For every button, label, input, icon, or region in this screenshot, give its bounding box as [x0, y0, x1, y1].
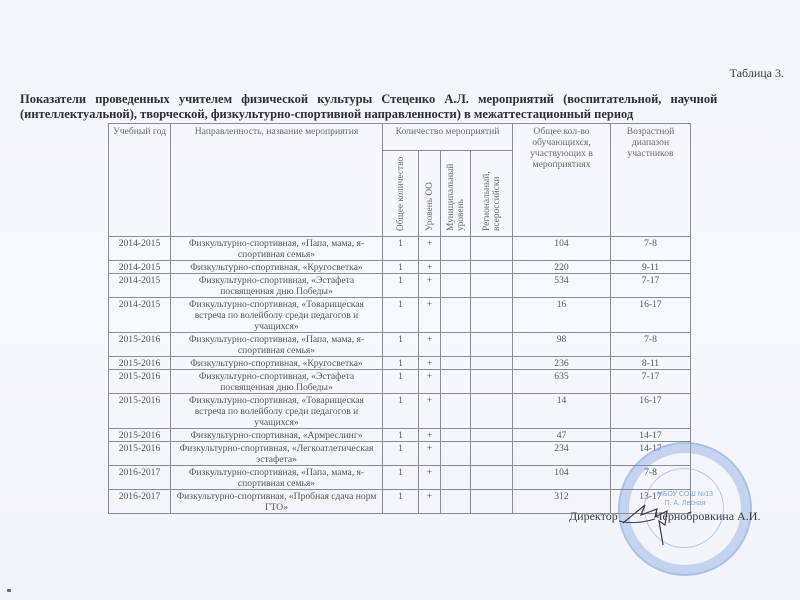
cell-year: 2015-2016	[109, 333, 171, 357]
cell-school: +	[419, 274, 441, 298]
cell-total: 1	[383, 261, 419, 274]
cell-year: 2014-2015	[109, 298, 171, 333]
table-row: 2014-2015Физкультурно-спортивная, «Папа,…	[109, 237, 691, 261]
cell-year: 2014-2015	[109, 261, 171, 274]
cell-school: +	[419, 490, 441, 514]
cell-students: 16	[513, 298, 611, 333]
cell-total: 1	[383, 298, 419, 333]
header-total: Общее количество	[383, 151, 419, 237]
cell-age: 7-8	[611, 333, 691, 357]
cell-school: +	[419, 442, 441, 466]
header-events-count: Количество мероприятий	[383, 124, 513, 151]
cell-direction: Физкультурно-спортивная, «Эстафета посвя…	[171, 370, 383, 394]
cell-regional	[471, 274, 513, 298]
cell-direction: Физкультурно-спортивная, «Папа, мама, я-…	[171, 466, 383, 490]
cell-students: 220	[513, 261, 611, 274]
table-row: 2014-2015Физкультурно-спортивная, «Круго…	[109, 261, 691, 274]
heading-line-1: Показатели проведенных учителем физическ…	[20, 92, 785, 107]
table-row: 2015-2016Физкультурно-спортивная, «Папа,…	[109, 333, 691, 357]
cell-students: 47	[513, 429, 611, 442]
cell-total: 1	[383, 333, 419, 357]
document-heading: Показатели проведенных учителем физическ…	[20, 92, 785, 122]
cell-direction: Физкультурно-спортивная, «Легкоатлетичес…	[171, 442, 383, 466]
header-students: Общее кол-во обучающихся, участвующих в …	[513, 124, 611, 237]
cell-school: +	[419, 357, 441, 370]
cell-age: 7-17	[611, 274, 691, 298]
cell-municipal	[441, 442, 471, 466]
cell-total: 1	[383, 429, 419, 442]
cell-age: 14-17	[611, 442, 691, 466]
cell-regional	[471, 429, 513, 442]
cell-direction: Физкультурно-спортивная, «Папа, мама, я-…	[171, 237, 383, 261]
cell-year: 2016-2017	[109, 466, 171, 490]
header-municipal-level: Муниципальный уровень	[441, 151, 471, 237]
cell-direction: Физкультурно-спортивная, «Армреслинг»	[171, 429, 383, 442]
cell-age: 16-17	[611, 394, 691, 429]
cell-total: 1	[383, 466, 419, 490]
cell-regional	[471, 261, 513, 274]
table-caption: Таблица 3.	[730, 66, 784, 81]
cell-total: 1	[383, 357, 419, 370]
cell-municipal	[441, 298, 471, 333]
header-age: Возрастной диапазон участников	[611, 124, 691, 237]
events-table: Учебный год Направленность, название мер…	[108, 123, 691, 514]
table-row: 2014-2015Физкультурно-спортивная, «Эстаф…	[109, 274, 691, 298]
cell-age: 7-17	[611, 370, 691, 394]
cell-school: +	[419, 394, 441, 429]
cell-municipal	[441, 370, 471, 394]
cell-year: 2016-2017	[109, 490, 171, 514]
cell-students: 234	[513, 442, 611, 466]
cell-students: 14	[513, 394, 611, 429]
cell-year: 2015-2016	[109, 429, 171, 442]
cell-year: 2015-2016	[109, 370, 171, 394]
cell-municipal	[441, 274, 471, 298]
scan-mark	[7, 589, 11, 592]
cell-municipal	[441, 490, 471, 514]
cell-school: +	[419, 237, 441, 261]
table-row: 2016-2017Физкультурно-спортивная, «Папа,…	[109, 466, 691, 490]
cell-age: 7-8	[611, 237, 691, 261]
cell-students: 534	[513, 274, 611, 298]
cell-school: +	[419, 466, 441, 490]
header-direction: Направленность, название мероприятия	[171, 124, 383, 237]
header-regional-level: Региональный, всероссийски	[471, 151, 513, 237]
cell-regional	[471, 466, 513, 490]
cell-age: 14-17	[611, 429, 691, 442]
cell-regional	[471, 333, 513, 357]
cell-students: 104	[513, 466, 611, 490]
cell-regional	[471, 490, 513, 514]
cell-direction: Физкультурно-спортивная, «Пробная сдача …	[171, 490, 383, 514]
cell-municipal	[441, 333, 471, 357]
table-row: 2015-2016Физкультурно-спортивная, «Армре…	[109, 429, 691, 442]
cell-age: 8-11	[611, 357, 691, 370]
cell-school: +	[419, 370, 441, 394]
cell-age: 7-8	[611, 466, 691, 490]
cell-direction: Физкультурно-спортивная, «Эстафета посвя…	[171, 274, 383, 298]
cell-municipal	[441, 237, 471, 261]
table-row: 2014-2015Физкультурно-спортивная, «Товар…	[109, 298, 691, 333]
cell-students: 104	[513, 237, 611, 261]
cell-regional	[471, 394, 513, 429]
cell-direction: Физкультурно-спортивная, «Папа, мама, я-…	[171, 333, 383, 357]
cell-students: 635	[513, 370, 611, 394]
cell-school: +	[419, 429, 441, 442]
cell-year: 2014-2015	[109, 274, 171, 298]
cell-direction: Физкультурно-спортивная, «Кругосветка»	[171, 357, 383, 370]
cell-direction: Физкультурно-спортивная, «Товарищеская в…	[171, 298, 383, 333]
cell-school: +	[419, 261, 441, 274]
signature-role: Директор	[569, 509, 618, 523]
cell-school: +	[419, 298, 441, 333]
cell-regional	[471, 357, 513, 370]
signature-block: Директор Чернобровкина А.И.	[569, 509, 760, 524]
table-row: 2015-2016Физкультурно-спортивная, «Круго…	[109, 357, 691, 370]
cell-direction: Физкультурно-спортивная, «Кругосветка»	[171, 261, 383, 274]
cell-school: +	[419, 333, 441, 357]
table-row: 2015-2016Физкультурно-спортивная, «Товар…	[109, 394, 691, 429]
cell-regional	[471, 237, 513, 261]
signature-name: Чернобровкина А.И.	[655, 509, 761, 523]
cell-students: 98	[513, 333, 611, 357]
cell-municipal	[441, 394, 471, 429]
cell-year: 2015-2016	[109, 442, 171, 466]
cell-regional	[471, 298, 513, 333]
cell-municipal	[441, 357, 471, 370]
cell-regional	[471, 370, 513, 394]
header-school-level: Уровень ОО	[419, 151, 441, 237]
cell-total: 1	[383, 237, 419, 261]
cell-year: 2015-2016	[109, 394, 171, 429]
table-row: 2015-2016Физкультурно-спортивная, «Эстаф…	[109, 370, 691, 394]
cell-regional	[471, 442, 513, 466]
cell-municipal	[441, 466, 471, 490]
cell-age: 16-17	[611, 298, 691, 333]
header-year: Учебный год	[109, 124, 171, 237]
cell-year: 2015-2016	[109, 357, 171, 370]
cell-age: 9-11	[611, 261, 691, 274]
cell-year: 2014-2015	[109, 237, 171, 261]
cell-total: 1	[383, 370, 419, 394]
cell-municipal	[441, 429, 471, 442]
heading-line-2: (интеллектуальной), творческой, физкульт…	[20, 107, 785, 122]
cell-total: 1	[383, 394, 419, 429]
cell-students: 236	[513, 357, 611, 370]
cell-total: 1	[383, 442, 419, 466]
cell-direction: Физкультурно-спортивная, «Товарищеская в…	[171, 394, 383, 429]
cell-total: 1	[383, 490, 419, 514]
cell-total: 1	[383, 274, 419, 298]
table-row: 2015-2016Физкультурно-спортивная, «Легко…	[109, 442, 691, 466]
cell-municipal	[441, 261, 471, 274]
